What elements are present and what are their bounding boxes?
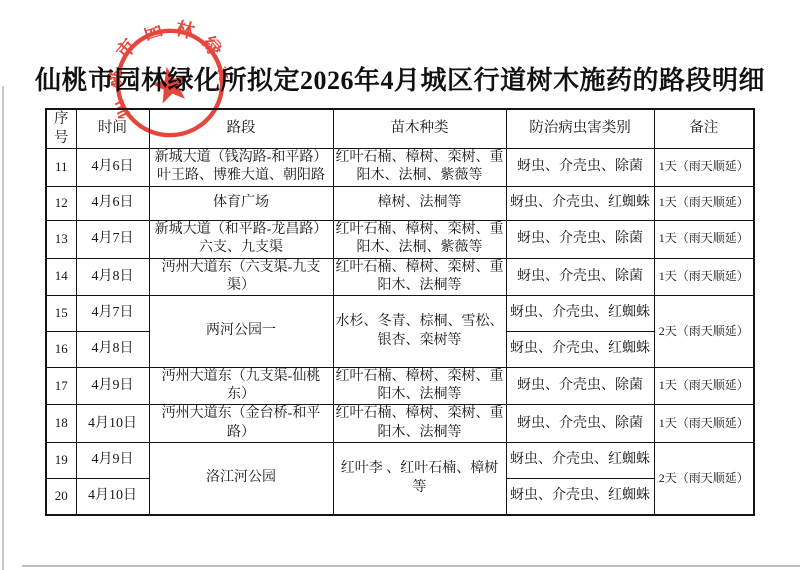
page-edge-left [2,86,4,570]
cell-trees: 红叶石楠、樟树、栾树、重阳木、法桐、紫薇等 [333,220,506,258]
cell-no: 19 [46,442,76,478]
cell-pests: 蚜虫、介壳虫、除菌 [506,405,654,442]
cell-no: 16 [46,332,76,368]
cell-note: 1天（雨天顺延） [654,258,754,295]
cell-date: 4月8日 [76,332,149,368]
cell-note: 1天（雨天顺延） [654,220,754,258]
table-row: 14 4月8日 沔州大道东（六支渠-九支渠） 红叶石楠、樟树、栾树、重阳木、法桐… [46,258,754,295]
col-header-no: 序号 [46,109,76,148]
cell-trees-merged: 红叶李 、红叶石楠、樟树等 [333,442,506,515]
cell-road: 体育广场 [149,186,333,220]
cell-pests: 蚜虫、介壳虫、除菌 [506,368,654,405]
cell-date: 4月8日 [76,258,149,295]
cell-no: 17 [46,368,76,405]
cell-road-merged: 洛江河公园 [149,442,333,515]
cell-no: 11 [46,148,76,186]
cell-road-merged: 两河公园一 [149,296,333,368]
cell-trees-merged: 水杉、冬青、棕桐、雪松、银杏、栾树等 [333,296,506,368]
col-header-note: 备注 [654,109,754,148]
cell-pests: 蚜虫、介壳虫、红蜘蛛 [506,332,654,368]
col-header-date: 时间 [76,109,149,148]
cell-road: 新城大道（和平路-龙昌路）六支、九支渠 [149,220,333,258]
cell-no: 20 [46,478,76,515]
cell-date: 4月7日 [76,296,149,332]
cell-pests: 蚜虫、介壳虫、红蜘蛛 [506,186,654,220]
table-row: 18 4月10日 沔州大道东（金台桥-和平路） 红叶石楠、樟树、栾树、重阳木、法… [46,405,754,442]
cell-note: 1天（雨天顺延） [654,405,754,442]
cell-date: 4月6日 [76,186,149,220]
cell-trees: 樟树、法桐等 [333,186,506,220]
cell-note: 1天（雨天顺延） [654,368,754,405]
cell-pests: 蚜虫、介壳虫、除菌 [506,148,654,186]
cell-date: 4月10日 [76,478,149,515]
cell-pests: 蚜虫、介壳虫、除菌 [506,220,654,258]
table-header-row: 序号 时间 路段 苗木种类 防治病虫害类别 备注 [46,109,754,148]
cell-date: 4月7日 [76,220,149,258]
cell-date: 4月9日 [76,368,149,405]
col-header-pests: 防治病虫害类别 [506,109,654,148]
cell-no: 13 [46,220,76,258]
table-row: 13 4月7日 新城大道（和平路-龙昌路）六支、九支渠 红叶石楠、樟树、栾树、重… [46,220,754,258]
cell-note: 1天（雨天顺延） [654,186,754,220]
seal-star-icon [149,63,192,105]
cell-pests: 蚜虫、介壳虫、除菌 [506,258,654,295]
cell-no: 14 [46,258,76,295]
cell-road: 沔州大道东（九支渠-仙桃东） [149,368,333,405]
cell-date: 4月9日 [76,442,149,478]
cell-road: 新城大道（钱沟路-和平路）叶王路、博雅大道、朝阳路 [149,148,333,186]
table-row: 12 4月6日 体育广场 樟树、法桐等 蚜虫、介壳虫、红蜘蛛 1天（雨天顺延） [46,186,754,220]
pesticide-schedule-table: 序号 时间 路段 苗木种类 防治病虫害类别 备注 11 4月6日 新城大道（钱沟… [45,108,755,516]
col-header-road: 路段 [149,109,333,148]
cell-note-merged: 2天（雨天顺延） [654,442,754,515]
cell-pests: 蚜虫、介壳虫、红蜘蛛 [506,442,654,478]
cell-road: 沔州大道东（金台桥-和平路） [149,405,333,442]
cell-trees: 红叶石楠、樟树、栾树、重阳木、法桐等 [333,368,506,405]
cell-pests: 蚜虫、介壳虫、红蜘蛛 [506,296,654,332]
cell-date: 4月10日 [76,405,149,442]
cell-no: 12 [46,186,76,220]
scanned-document-page: 仙桃市园林绿化所拟定2026年4月城区行道树木施药的路段明细 仙桃市园林绿化所 … [0,0,800,570]
table-row: 11 4月6日 新城大道（钱沟路-和平路）叶王路、博雅大道、朝阳路 红叶石楠、樟… [46,148,754,186]
cell-trees: 红叶石楠、樟树、栾树、重阳木、法桐等 [333,405,506,442]
cell-road: 沔州大道东（六支渠-九支渠） [149,258,333,295]
table-row: 15 4月7日 两河公园一 水杉、冬青、棕桐、雪松、银杏、栾树等 蚜虫、介壳虫、… [46,296,754,332]
cell-date: 4月6日 [76,148,149,186]
page-edge-bottom [22,565,800,567]
col-header-trees: 苗木种类 [333,109,506,148]
cell-note: 1天（雨天顺延） [654,148,754,186]
cell-note-merged: 2天（雨天顺延） [654,296,754,368]
cell-no: 18 [46,405,76,442]
table-row: 17 4月9日 沔州大道东（九支渠-仙桃东） 红叶石楠、樟树、栾树、重阳木、法桐… [46,368,754,405]
cell-trees: 红叶石楠、樟树、栾树、重阳木、法桐等 [333,258,506,295]
table-row: 19 4月9日 洛江河公园 红叶李 、红叶石楠、樟树等 蚜虫、介壳虫、红蜘蛛 2… [46,442,754,478]
cell-no: 15 [46,296,76,332]
cell-pests: 蚜虫、介壳虫、红蜘蛛 [506,478,654,515]
cell-trees: 红叶石楠、樟树、栾树、重阳木、法桐、紫薇等 [333,148,506,186]
